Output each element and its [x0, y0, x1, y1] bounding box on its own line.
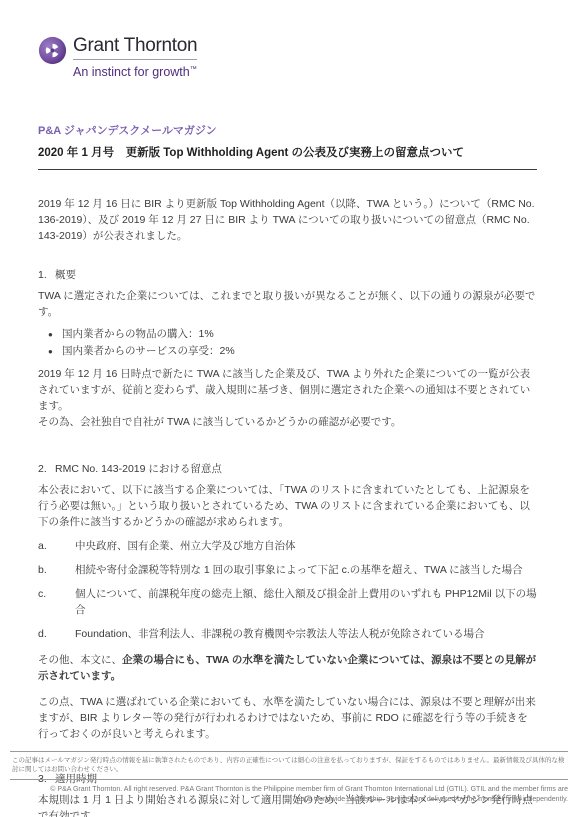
list-item: d. Foundation、非営利法人、非課税の教育機関や宗教法人等法人税が免除…: [38, 626, 537, 642]
bullet-icon: ●: [48, 326, 62, 343]
section1-heading-text: 概要: [55, 269, 76, 281]
section2-heading: 2.RMC No. 143-2019 における留意点: [38, 462, 537, 476]
section2-heading-text: RMC No. 143-2019 における留意点: [55, 463, 222, 475]
copyright-text: © P&A Grant Thornton. All right reserved…: [10, 785, 568, 804]
section1-paragraph3: その為、会社独自で自社が TWA に該当しているかどうかの確認が必要です。: [38, 414, 537, 430]
list-item-label: a.: [38, 538, 75, 554]
list-item-text: 個人について、前課税年度の総売上額、総仕入額及び損金計上費用のいずれも PHP1…: [75, 586, 537, 618]
logo-text: Grant Thornton An instinct for growth™: [73, 35, 197, 79]
intro-paragraph: 2019 年 12 月 16 日に BIR より更新版 Top Withhold…: [38, 196, 537, 244]
trademark-symbol: ™: [190, 66, 197, 73]
section2-paragraph2: その他、本文に、企業の場合にも、TWA の水準を満たしていない企業については、源…: [38, 652, 537, 684]
withholding-rate-list: ● 国内業者からの物品の購入：1% ● 国内業者からのサービスの享受：2%: [38, 326, 537, 360]
section2-paragraph1: 本公表において、以下に該当する企業については、「TWA のリストに含まれていたと…: [38, 482, 537, 530]
list-item-label: c.: [38, 586, 75, 618]
list-item-text: Foundation、非営利法人、非課税の教育機関や宗教法人等法人税が免除されて…: [75, 626, 537, 642]
list-item-text: 国内業者からのサービスの享受：2%: [62, 343, 537, 360]
bullet-icon: ●: [48, 343, 62, 360]
magazine-title: P&A ジャパンデスクメールマガジン: [38, 125, 537, 138]
list-item: b. 相続や寄付金課税等特別な 1 回の取引事象によって下記 c.の基準を超え、…: [38, 562, 537, 578]
list-item: c. 個人について、前課税年度の総売上額、総仕入額及び損金計上費用のいずれも P…: [38, 586, 537, 618]
list-item: a. 中央政府、国有企業、州立大学及び地方自治体: [38, 538, 537, 554]
tagline-text: An instinct for growth: [73, 65, 190, 79]
list-item-label: d.: [38, 626, 75, 642]
document-body: 2019 年 12 月 16 日に BIR より更新版 Top Withhold…: [38, 196, 537, 817]
section2-number: 2.: [38, 462, 55, 476]
disclaimer-text: この記事はメールマガジン発行時点の情報を基に執筆されたものであり、内容の正確性に…: [10, 751, 568, 780]
list-item-text: 相続や寄付金課税等特別な 1 回の取引事象によって下記 c.の基準を超え、TWA…: [75, 562, 537, 578]
section1-heading: 1.概要: [38, 268, 537, 282]
list-item: ● 国内業者からのサービスの享受：2%: [38, 343, 537, 360]
section1-number: 1.: [38, 268, 55, 282]
exempt-entity-list: a. 中央政府、国有企業、州立大学及び地方自治体 b. 相続や寄付金課税等特別な…: [38, 538, 537, 642]
list-item: ● 国内業者からの物品の購入：1%: [38, 326, 537, 343]
list-item-text: 中央政府、国有企業、州立大学及び地方自治体: [75, 538, 537, 554]
newsletter-page: Grant Thornton An instinct for growth™ P…: [0, 0, 574, 817]
page-footer: この記事はメールマガジン発行時点の情報を基に執筆されたものであり、内容の正確性に…: [10, 751, 568, 804]
grant-thornton-orb-icon: [38, 36, 67, 65]
brand-tagline: An instinct for growth™: [73, 63, 197, 79]
grant-thornton-logo: Grant Thornton An instinct for growth™: [38, 35, 537, 79]
title-divider: [38, 169, 537, 170]
section2-paragraph3: この点、TWA に選ばれている企業においても、水準を満たしていない場合には、源泉…: [38, 694, 537, 742]
page-content: Grant Thornton An instinct for growth™ P…: [38, 0, 537, 817]
page-title: 2020 年 1 月号 更新版 Top Withholding Agent の公…: [38, 146, 537, 160]
section1-paragraph2: 2019 年 12 月 16 日時点で新たに TWA に該当した企業及び、TWA…: [38, 366, 537, 414]
list-item-text: 国内業者からの物品の購入：1%: [62, 326, 537, 343]
section1-paragraph1: TWA に選定された企業については、これまでと取り扱いが異なることが無く、以下の…: [38, 288, 537, 320]
list-item-label: b.: [38, 562, 75, 578]
brand-name: Grant Thornton: [73, 35, 197, 60]
paragraph2-prefix: その他、本文に、: [38, 654, 122, 666]
